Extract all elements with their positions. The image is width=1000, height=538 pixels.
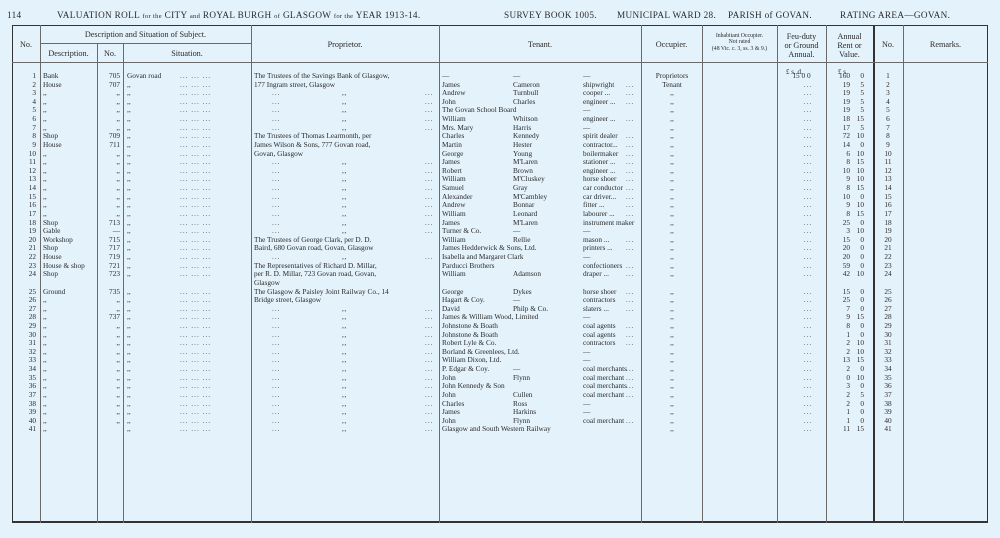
table-row: 12 ,, ,, ,, ... ... ... ... ,, ... Rober…: [0, 167, 1000, 176]
annual-rent-shillings: 15: [852, 425, 864, 434]
situation-leader: ... ... ...: [180, 425, 211, 434]
table-row: 19 Gable — ,, ... ... ... ... ,, ... Tur…: [0, 227, 1000, 236]
table-row: 41 ,, ,, ... ... ... ... ,, ... Glasgow …: [0, 425, 1000, 434]
tenant-occupation: coal merchant: [583, 417, 624, 426]
entry-no: 24: [14, 270, 36, 279]
table-row: 9 House 711 ,, ... ... ... James Wilson …: [0, 141, 1000, 150]
proprietor-ditto-c: ...: [425, 425, 433, 434]
proprietor-ditto-c: ...: [425, 227, 433, 236]
table-row: 38 ,, ,, ,, ... ... ... ... ,, ... Charl…: [0, 400, 1000, 409]
table-row: 22 House 719 ,, ... ... ... ... ,, ... I…: [0, 253, 1000, 262]
tenant-leader: ...: [626, 305, 634, 314]
tenant-leader: ...: [626, 244, 634, 253]
municipal-ward: MUNICIPAL WARD 28.: [617, 10, 716, 20]
tenant-leader: ...: [626, 391, 634, 400]
entry-no-right: 41: [873, 425, 903, 434]
col-header-remarks: Remarks.: [903, 40, 988, 49]
table-row: 14 ,, ,, ,, ... ... ... ... ,, ... Samue…: [0, 184, 1000, 193]
table-row: 8 Shop 709 ,, ... ... ... The Trustees o…: [0, 132, 1000, 141]
tenant-leader: ...: [626, 339, 634, 348]
tenant-occupation: instrument maker: [583, 219, 634, 228]
table-row: Glasgow: [0, 279, 1000, 288]
table-row: 3 ,, ,, ,, ... ... ... ... ,, ... Andrew…: [0, 89, 1000, 98]
table-row: 33 ,, ,, ,, ... ... ... ... ,, ... Willi…: [0, 356, 1000, 365]
tenant-surname: Charles: [513, 98, 535, 107]
header-subrule: [40, 43, 251, 44]
header-bottom-rule: [12, 62, 988, 63]
table-row: 2 House 707 ,, ... ... ... 177 Ingram st…: [0, 81, 1000, 90]
proprietor-ditto-c: ...: [425, 253, 433, 262]
tenant-surname: Adamson: [513, 270, 541, 279]
roll-title: VALUATION ROLL for the CITY and ROYAL BU…: [57, 10, 421, 20]
col-header-feu-duty: Feu-duty or Ground Annual.: [777, 32, 826, 59]
feu-duty: ...: [790, 270, 826, 279]
situation: Govan road: [127, 72, 161, 81]
description: ,,: [43, 425, 47, 434]
table-row: 28 ,, 737 ,, ... ... ... ... ,, ... Jame…: [0, 313, 1000, 322]
table-row: 39 ,, ,, ,, ... ... ... ... ,, ... James…: [0, 408, 1000, 417]
occupier: ,,: [641, 270, 703, 279]
col-header-description-group: Description and Situation of Subject.: [40, 30, 251, 39]
street-number: 723: [98, 270, 120, 279]
table-row: 36 ,, ,, ,, ... ... ... ... ,, ... John …: [0, 382, 1000, 391]
tenant-leader: ...: [626, 115, 634, 124]
table-row: 10 ,, ,, ,, ... ... ... Govan, Glasgow G…: [0, 150, 1000, 159]
table-row: 1 Bank 705 Govan road ... ... ... The Tr…: [0, 72, 1000, 81]
annual-rent-pounds: 42: [828, 270, 850, 279]
proprietor-ditto-a: ...: [272, 425, 280, 434]
table-row: 23 House & shop 721 ,, ... ... ... The R…: [0, 262, 1000, 271]
tenant-leader: ...: [626, 417, 634, 426]
col-header-inhabitant: Inhabitant Occupier. Not rated (48 Vic. …: [702, 33, 777, 52]
table-row: 25 Ground 735 ,, ... ... ... The Glasgow…: [0, 288, 1000, 297]
col-header-no: No.: [12, 40, 40, 49]
tenant-first-name: William: [442, 270, 466, 279]
table-row: 7 ,, ,, ,, ... ... ... ... ,, ... Mrs. M…: [0, 124, 1000, 133]
street-number: ,,: [98, 417, 120, 426]
proprietor-ditto-b: ,,: [342, 425, 347, 434]
parish: PARISH of GOVAN.: [728, 10, 812, 20]
description: Shop: [43, 270, 58, 279]
table-row: 37 ,, ,, ,, ... ... ... ... ,, ... John …: [0, 391, 1000, 400]
table-row: 13 ,, ,, ,, ... ... ... ... ,, ... Willi…: [0, 175, 1000, 184]
col-header-no-right: No.: [873, 40, 903, 49]
table-row: 34 ,, ,, ,, ... ... ... ... ,, ... P. Ed…: [0, 365, 1000, 374]
feu-duty: 15 0 0: [777, 72, 826, 81]
tenant-occupation: draper ...: [583, 270, 609, 279]
proprietor: 177 Ingram street, Glasgow: [254, 81, 335, 90]
annual-rent-pounds: 11: [828, 425, 850, 434]
table-row: 5 ,, ,, ,, ... ... ... ... ,, ... The Go…: [0, 106, 1000, 115]
page-number: 114: [7, 10, 22, 20]
col-header-situation: Situation.: [123, 49, 251, 58]
proprietor-ditto-c: ...: [425, 124, 433, 133]
table-row: 18 Shop 713 ,, ... ... ... ... ,, ... Ja…: [0, 219, 1000, 228]
table-row: 24 Shop 723 ,, ... ... ... per R. D. Mil…: [0, 270, 1000, 279]
table-row: 11 ,, ,, ,, ... ... ... ... ,, ... James…: [0, 158, 1000, 167]
situation: ,,: [127, 270, 131, 279]
tenant-full-name: Glasgow and South Western Railway: [442, 425, 551, 434]
tenant-leader: ...: [626, 270, 634, 279]
situation-leader: ... ... ...: [180, 270, 211, 279]
tenant-surname: Flynn: [513, 374, 530, 383]
table-row: 26 ,, ,, ,, ... ... ... Bridge street, G…: [0, 296, 1000, 305]
col-header-street-no: No.: [97, 49, 123, 58]
annual-rent-shillings: 10: [852, 270, 864, 279]
rating-area: RATING AREA—GOVAN.: [840, 10, 950, 20]
entry-no-right: 24: [873, 270, 903, 279]
col-header-tenant: Tenant.: [439, 40, 641, 49]
occupier: ,,: [641, 425, 703, 434]
entry-no: 41: [14, 425, 36, 434]
page-header: 114 VALUATION ROLL for the CITY and ROYA…: [0, 8, 1000, 22]
situation: ,,: [127, 425, 131, 434]
table-row: 6 ,, ,, ,, ... ... ... ... ,, ... Willia…: [0, 115, 1000, 124]
table-row: 30 ,, ,, ,, ... ... ... ... ,, ... Johns…: [0, 331, 1000, 340]
table-row: 15 ,, ,, ,, ... ... ... ... ,, ... Alexa…: [0, 193, 1000, 202]
table-row: 29 ,, ,, ,, ... ... ... ... ,, ... Johns…: [0, 322, 1000, 331]
survey-book: SURVEY BOOK 1005.: [504, 10, 597, 20]
col-header-description: Description.: [40, 49, 97, 58]
feu-duty: ...: [790, 425, 826, 434]
col-header-annual-rent: Annual Rent or Value.: [826, 32, 873, 59]
table-row: 16 ,, ,, ,, ... ... ... ... ,, ... Andre…: [0, 201, 1000, 210]
col-header-occupier: Occupier.: [641, 40, 702, 49]
table-row: 17 ,, ,, ,, ... ... ... ... ,, ... Willi…: [0, 210, 1000, 219]
col-header-proprietor: Proprietor.: [251, 40, 439, 49]
tenant-leader: ...: [626, 98, 634, 107]
proprietor: Bridge street, Glasgow: [254, 296, 321, 305]
